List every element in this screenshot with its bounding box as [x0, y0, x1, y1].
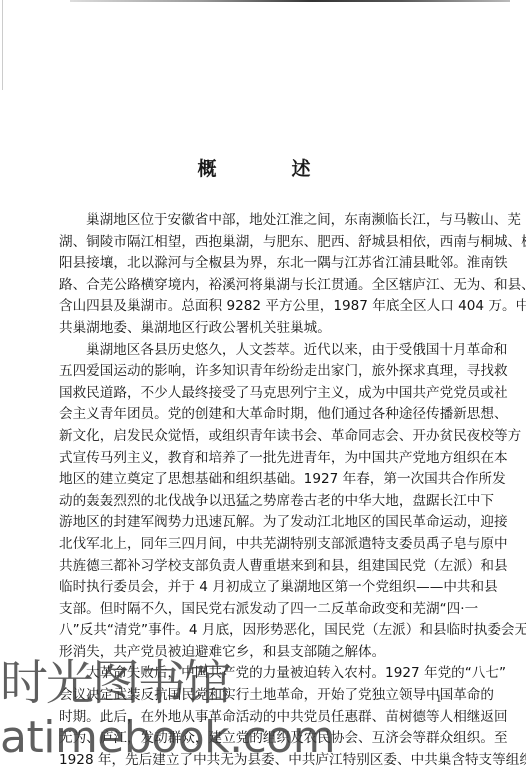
paragraph-line: 无为、庐江，发动群众，建立党的组织及农民协会、互济会等群众组织。至 — [59, 728, 461, 750]
paragraph-line: 八”反共“清党”事件。4 月底，因形势恶化，国民党（左派）和县临时执委会无 — [59, 620, 461, 642]
page-title: 概 述 — [0, 154, 526, 181]
paragraph-line: 湖、铜陵市隔江相望，西抱巢湖，与肥东、肥西、舒城县相依，西南与桐城、枞 — [59, 232, 461, 254]
paragraph-line: 阳县接壤，北以滁河与全椒县为界，东北一隅与江苏省江浦县毗邻。淮南铁 — [59, 253, 461, 275]
scan-top-rule — [70, 0, 510, 2]
paragraph-line: 路、合芜公路横穿境内，裕溪河将巢湖与长江贯通。全区辖庐江、无为、和县、 — [59, 275, 461, 297]
paragraph-line: 地区的建立奠定了思想基础和组织基础。1927 年春，第一次国共合作所发 — [59, 469, 461, 491]
paragraph-line: 1928 年，先后建立了中共无为县委、中共庐江特别区委、中共巢含特支等组织， — [59, 750, 461, 768]
paragraph-line: 新文化，启发民众觉悟，或组织青年读书会、革命同志会、开办贫民夜校等方 — [59, 426, 461, 448]
paragraph-line: 时期。此后，在外地从事革命活动的中共党员任惠群、苗树德等人相继返回 — [59, 707, 461, 729]
paragraph-line: 支部。但时隔不久，国民党右派发动了四一二反革命政变和芜湖“四·一 — [59, 599, 461, 621]
paragraph-line: 五四爱国运动的影响，许多知识青年纷纷走出家门，旅外探求真理，寻找救 — [59, 361, 461, 383]
paragraph-line: 含山四县及巢湖市。总面积 9282 平方公里，1987 年底全区人口 404 万… — [59, 296, 461, 318]
scan-edge — [2, 0, 3, 90]
paragraph-line: 动的轰轰烈烈的北伐战争以迅猛之势席卷古老的中华大地，盘踞长江中下 — [59, 491, 461, 513]
paragraph-line: 形消失，共产党员被迫避难它乡，和县支部随之解体。 — [59, 642, 461, 664]
paragraph-line: 巢湖地区各县历史悠久，人文荟萃。近代以来，由于受俄国十月革命和 — [59, 340, 461, 362]
paragraph-line: 式宣传马列主义，教育和培养了一批先进青年，为中国共产党地方组织在本 — [59, 448, 461, 470]
paragraph-line: 游地区的封建军阀势力迅速瓦解。为了发动江北地区的国民革命运动，迎接 — [59, 512, 461, 534]
paragraph-line: 北伐军北上，同年三四月间，中共芜湖特别支部派遣特支委员禹子皂与原中 — [59, 534, 461, 556]
body-text: 巢湖地区位于安徽省中部，地处江淮之间，东南濒临长江，与马鞍山、芜 湖、铜陵市隔江… — [59, 210, 461, 768]
paragraph-line: 共旌德三都补习学校支部负责人曹重堪来到和县，组建国民党（左派）和县 — [59, 556, 461, 578]
paragraph-line: 巢湖地区位于安徽省中部，地处江淮之间，东南濒临长江，与马鞍山、芜 — [59, 210, 461, 232]
paragraph-line: 共巢湖地委、巢湖地区行政公署机关驻巢城。 — [59, 318, 461, 340]
paragraph-line: 国救民道路，不少人最终接受了马克思列宁主义，成为中国共产党党员或社 — [59, 383, 461, 405]
paragraph-line: 会主义青年团员。党的创建和大革命时期，他们通过各种途径传播新思想、 — [59, 404, 461, 426]
page-number: 1 — [436, 693, 442, 705]
paragraph-line: 会议决定武装反抗国民党和实行土地革命，开始了党独立领导中国革命的 — [59, 685, 461, 707]
paragraph-line: 大革命失败后，中国共产党的力量被迫转入农村。1927 年党的“八七” — [59, 663, 461, 685]
paragraph-line: 临时执行委员会，并于 4 月初成立了巢湖地区第一个党组织——中共和县 — [59, 577, 461, 599]
